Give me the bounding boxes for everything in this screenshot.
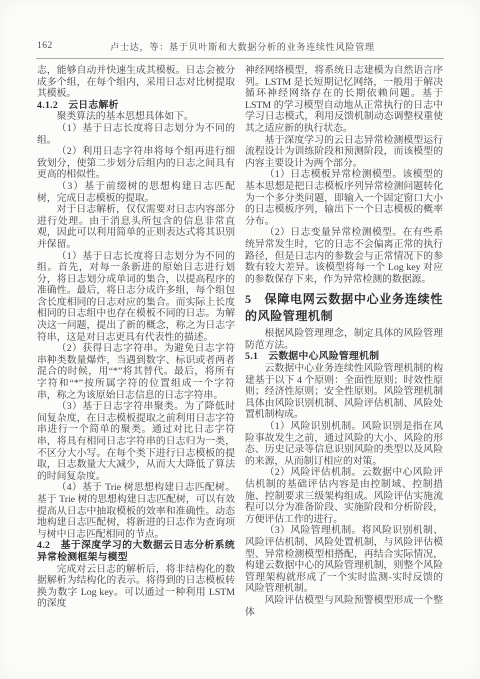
section-heading-5: 5 保障电网云数据中心业务连续性的风险管理机制 <box>245 291 443 324</box>
list-item-1-risk: （1）风险识别机制。风险识别是指在风险事故发生之前，通过风险的大小、风险的形态、… <box>245 421 443 467</box>
list-item-3-risk: （3）风险管理机制。将风险识别机制、风险评估机制、风险处置机制，与风险评估模型、… <box>245 525 443 595</box>
subsection-heading-42: 4.2 基于深度学习的大数据云日志分析系统异常检测框架与模型 <box>37 540 235 563</box>
list-item-2: （2）日志变量异常检测模型。在有些系统异常发生时，它的日志不会偏离正常的执行路径… <box>245 227 443 285</box>
list-item-1-detail: （1）基于日志长度将日志划分为不同的组。首先，对每一条新进的原始日志进行划分，将… <box>37 251 235 344</box>
paper-page: 162 卢士达，等：基于贝叶斯和大数据分析的业务连续性风险管理 志，能够自动并快… <box>0 0 480 679</box>
left-column: 志，能够自动并快速生成其模板。日志会被分成多个组，在每个组内，采用日志对比树提取… <box>37 65 235 618</box>
page-number: 162 <box>37 41 97 51</box>
paragraph-continuation: 神经网络模型，将系统日志建模为自然语言序列。LSTM 是长短期记忆网络，一般用于… <box>245 65 443 135</box>
paragraph-continuation: 志，能够自动并快速生成其模板。日志会被分成多个组，在每个组内，采用日志对比树提取… <box>37 65 235 100</box>
subsection-heading-51: 5.1 云数据中心风险管理机制 <box>245 351 443 363</box>
list-item-1: （1）日志模板异常检测模型。该模型的基本思想是把日志模板序列异常检测问题转化为一… <box>245 169 443 227</box>
paragraph: 对于日志解析，仅仅需要对日志内容部分进行处理。由于消息头所包含的信息非常直观，因… <box>37 204 235 250</box>
paragraph: 基于深度学习的云日志异常检测模型运行流程设计为训练阶段和预测阶段，而该模型的内容… <box>245 135 443 170</box>
running-header: 162 卢士达，等：基于贝叶斯和大数据分析的业务连续性风险管理 <box>37 38 443 54</box>
list-item-1: （1）基于日志长度将日志划分为不同的组。 <box>37 123 235 146</box>
list-item-3-detail: （3）基于日志字符串聚类。为了降低时间复杂度，在日志模板提取之前利用日志字符串进… <box>37 401 235 482</box>
paragraph: 根据风险管理理念，制定具体的风险管理防范方法。 <box>245 328 443 351</box>
text-columns: 志，能够自动并快速生成其模板。日志会被分成多个组，在每个组内，采用日志对比树提取… <box>37 65 443 618</box>
header-rule <box>36 58 444 59</box>
paragraph: 风险评估模型与风险预警模型形成一个整体 <box>245 595 443 618</box>
paragraph: 聚类算法的基本思想具体如下。 <box>37 111 235 123</box>
running-title: 卢士达，等：基于贝叶斯和大数据分析的业务连续性风险管理 <box>97 40 443 53</box>
right-column: 神经网络模型，将系统日志建模为自然语言序列。LSTM 是长短期记忆网络，一般用于… <box>245 65 443 618</box>
list-item-4-detail: （4）基于 Trie 树思想构建日志匹配树。基于 Trie 树的思想构建日志匹配… <box>37 482 235 540</box>
paragraph: 完成对云日志的解析后，将非结构化的数据解析为结构化的表示。将得到的日志模板转换为… <box>37 564 235 610</box>
paragraph: 云数据中心业务连续性风险管理机制的构建基于以下 4 个原则：全面性原则；时效性原… <box>245 363 443 421</box>
list-item-2: （2）利用日志字符串将每个组再进行细致划分，使第二步划分后组内的日志之间具有更高… <box>37 146 235 181</box>
list-item-2-risk: （2）风险评估机制。云数据中心风险评估机制的基础评估内容是由控制域、控制措施、控… <box>245 467 443 525</box>
list-item-3: （3）基于前缀树的思想构建日志匹配树，完成日志模板的提取。 <box>37 181 235 204</box>
list-item-2-detail: （2）获得日志字符串。为避免日志字符串种类数量爆炸，当遇到数字、标识或者两者混合… <box>37 343 235 401</box>
subsection-heading-412: 4.1.2 云日志解析 <box>37 100 235 112</box>
